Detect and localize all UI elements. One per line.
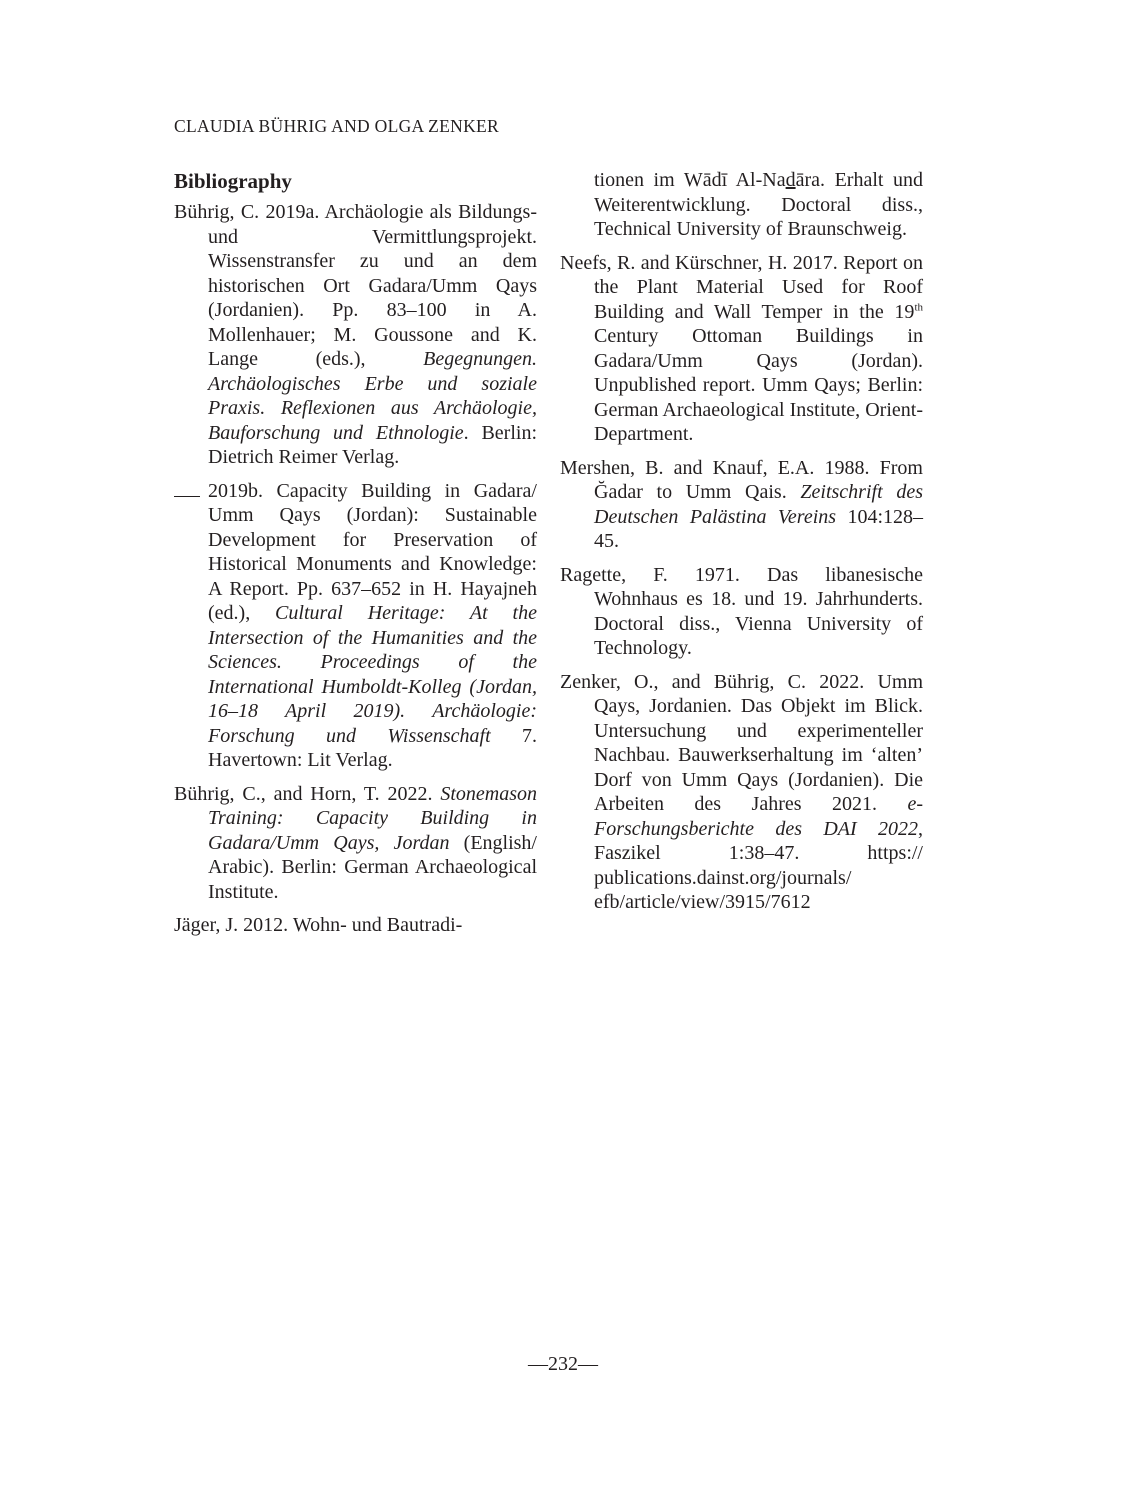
section-heading: Bibliography	[174, 168, 537, 194]
page-number: —232—	[0, 1353, 1126, 1376]
left-column: Bibliography Bührig, C. 2019a. Archäolog…	[174, 168, 537, 947]
bibliography-entry: Jäger, J. 2012. Wohn- und Bautradi-	[174, 913, 537, 938]
bibliography-entry: Zenker, O., and Bührig, C. 2022. Umm Qay…	[560, 670, 923, 915]
running-head: CLAUDIA BÜHRIG AND OLGA ZENKER	[174, 116, 499, 137]
bibliography-entry: Neefs, R. and Kürschner, H. 2017. Report…	[560, 251, 923, 447]
bibliography-list-right: Neefs, R. and Kürschner, H. 2017. Report…	[560, 251, 923, 915]
repeat-author-dash	[174, 482, 200, 497]
bibliography-entry: Ragette, F. 1971. Das libanesische Wohnh…	[560, 563, 923, 661]
bibliography-entry: Bührig, C., and Horn, T. 2022. Stonemaso…	[174, 782, 537, 905]
bibliography-entry: Bührig, C. 2019a. Archäologie als Bildun…	[174, 200, 537, 470]
right-column: tionen im Wādī Al-Nadāra. Erhalt und Wei…	[560, 168, 923, 924]
bibliography-entry-continuation: tionen im Wādī Al-Nadāra. Erhalt und Wei…	[560, 168, 923, 242]
bibliography-entry: Mershen, B. and Knauf, E.A. 1988. From Ğ…	[560, 456, 923, 554]
bibliography-entry: 2019b. Capacity Building in Gadara/ Umm …	[174, 479, 537, 773]
bibliography-list-left: Bührig, C. 2019a. Archäologie als Bildun…	[174, 200, 537, 938]
